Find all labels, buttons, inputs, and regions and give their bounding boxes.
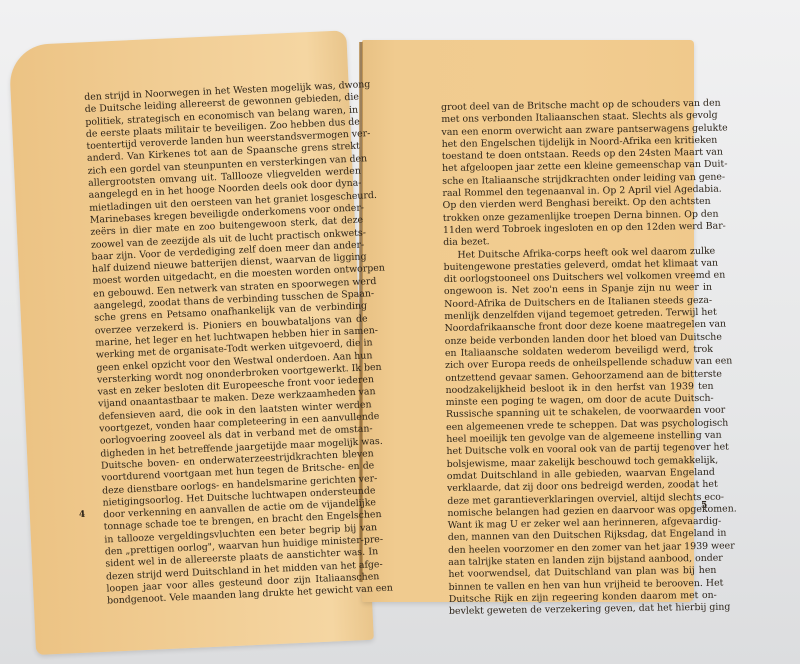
right-page-text: groot deel van de Britsche macht op de s… — [441, 98, 717, 619]
left-page-text: den strijd in Noorwegen in het Westen mo… — [84, 80, 380, 608]
right-page-number: 5 — [701, 501, 707, 511]
left-page-number: 4 — [79, 510, 86, 520]
